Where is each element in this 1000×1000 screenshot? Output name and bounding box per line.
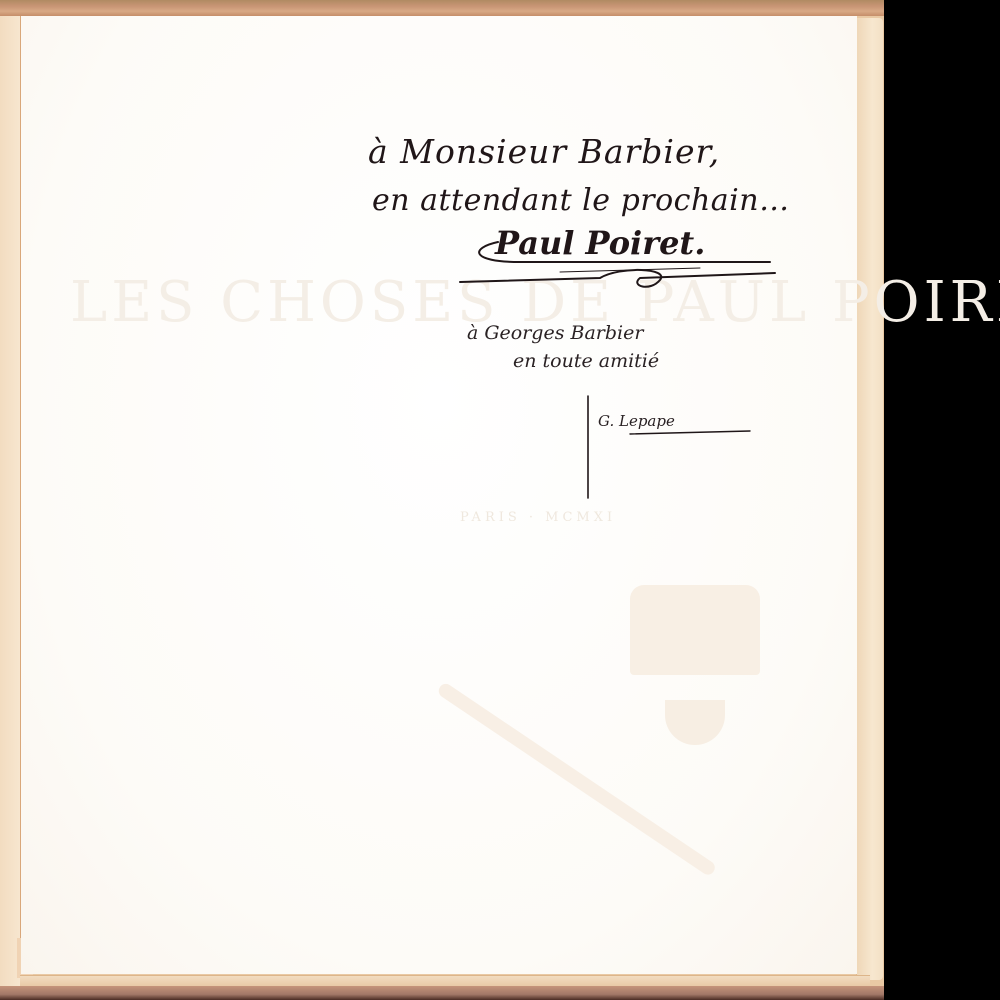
signature-flourishes (0, 0, 884, 1000)
poiret-flourish-icon (460, 242, 775, 287)
book: LES CHOSES DE PAUL POIRET PARIS · MCMXI … (0, 0, 884, 1000)
lepape-flourish-icon (588, 396, 750, 498)
